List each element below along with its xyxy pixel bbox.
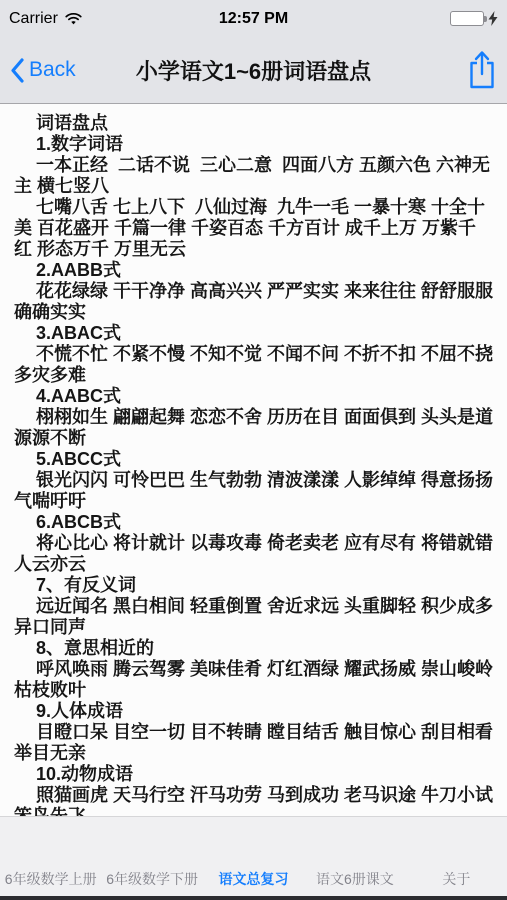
tab-label: 6年级数学上册 <box>5 871 97 887</box>
paragraph: 目瞪口呆 目空一切 目不转睛 瞠目结舌 触目惊心 刮目相看 举目无亲 <box>14 722 493 764</box>
tab-bar: 6年级数学上册6年级数学下册语文总复习语文6册课文关于 <box>0 816 507 896</box>
paragraph: 9.人体成语 <box>14 701 493 722</box>
status-bar: Carrier 12:57 PM <box>0 0 507 37</box>
back-chevron-icon <box>10 58 24 83</box>
paragraph: 词语盘点 <box>14 113 493 134</box>
paragraph: 栩栩如生 翩翩起舞 恋恋不舍 历历在目 面面俱到 头头是道 源源不断 <box>14 407 493 449</box>
tab-label: 6年级数学下册 <box>106 871 198 887</box>
back-button[interactable]: Back <box>10 58 76 83</box>
paragraph: 不慌不忙 不紧不慢 不知不觉 不闻不问 不折不扣 不屈不挠 多灾多难 <box>14 344 493 386</box>
paragraph: 4.AABC式 <box>14 386 493 407</box>
paragraph: 1.数字词语 <box>14 134 493 155</box>
back-label: Back <box>29 58 76 82</box>
clock: 12:57 PM <box>0 10 507 28</box>
paragraph: 银光闪闪 可怜巴巴 生气勃勃 清波漾漾 人影绰绰 得意扬扬 气喘吁吁 <box>14 470 493 512</box>
page-title: 小学语文1~6册词语盘点 <box>0 55 507 86</box>
app-window: Carrier 12:57 PM <box>0 0 507 900</box>
nav-bar: Back 小学语文1~6册词语盘点 <box>0 37 507 103</box>
paragraph: 花花绿绿 干干净净 高高兴兴 严严实实 来来往往 舒舒服服 确确实实 <box>14 281 493 323</box>
paragraph: 6.ABCB式 <box>14 512 493 533</box>
paragraph: 10.动物成语 <box>14 764 493 785</box>
paragraph: 8、意思相近的 <box>14 638 493 659</box>
bottom-edge <box>0 896 507 900</box>
paragraph: 七嘴八舌 七上八下 八仙过海 九牛一毛 一暴十寒 十全十美 百花盛开 千篇一律 … <box>14 197 493 260</box>
tab-chinese-review[interactable]: 语文总复习 <box>203 869 304 889</box>
header: Carrier 12:57 PM <box>0 0 507 104</box>
paragraph: 远近闻名 黑白相间 轻重倒置 舍近求远 头重脚轻 积少成多 异口同声 <box>14 596 493 638</box>
content-area[interactable]: 词语盘点1.数字词语一本正经 二话不说 三心二意 四面八方 五颜六色 六神无主 … <box>0 104 507 816</box>
tab-math6-vol2[interactable]: 6年级数学下册 <box>101 869 202 889</box>
tab-label: 语文总复习 <box>219 871 289 887</box>
paragraph: 3.ABAC式 <box>14 323 493 344</box>
paragraph: 2.AABB式 <box>14 260 493 281</box>
paragraph: 5.ABCC式 <box>14 449 493 470</box>
paragraph: 呼风唤雨 腾云驾雾 美味佳肴 灯红酒绿 耀武扬威 崇山峻岭 枯枝败叶 <box>14 659 493 701</box>
paragraph: 7、有反义词 <box>14 575 493 596</box>
paragraph: 照猫画虎 天马行空 汗马功劳 马到成功 老马识途 牛刀小试 笨鸟先飞 <box>14 785 493 816</box>
tab-label: 关于 <box>442 871 470 887</box>
paragraph: 一本正经 二话不说 三心二意 四面八方 五颜六色 六神无主 横七竖八 <box>14 155 493 197</box>
tab-about[interactable]: 关于 <box>406 869 507 889</box>
share-icon <box>467 50 497 90</box>
battery-icon <box>450 11 484 26</box>
tab-chinese-texts[interactable]: 语文6册课文 <box>304 869 405 889</box>
tab-math6-vol1[interactable]: 6年级数学上册 <box>0 869 101 889</box>
share-button[interactable] <box>467 50 497 90</box>
tab-label: 语文6册课文 <box>316 871 394 887</box>
paragraph: 将心比心 将计就计 以毒攻毒 倚老卖老 应有尽有 将错就错 人云亦云 <box>14 533 493 575</box>
